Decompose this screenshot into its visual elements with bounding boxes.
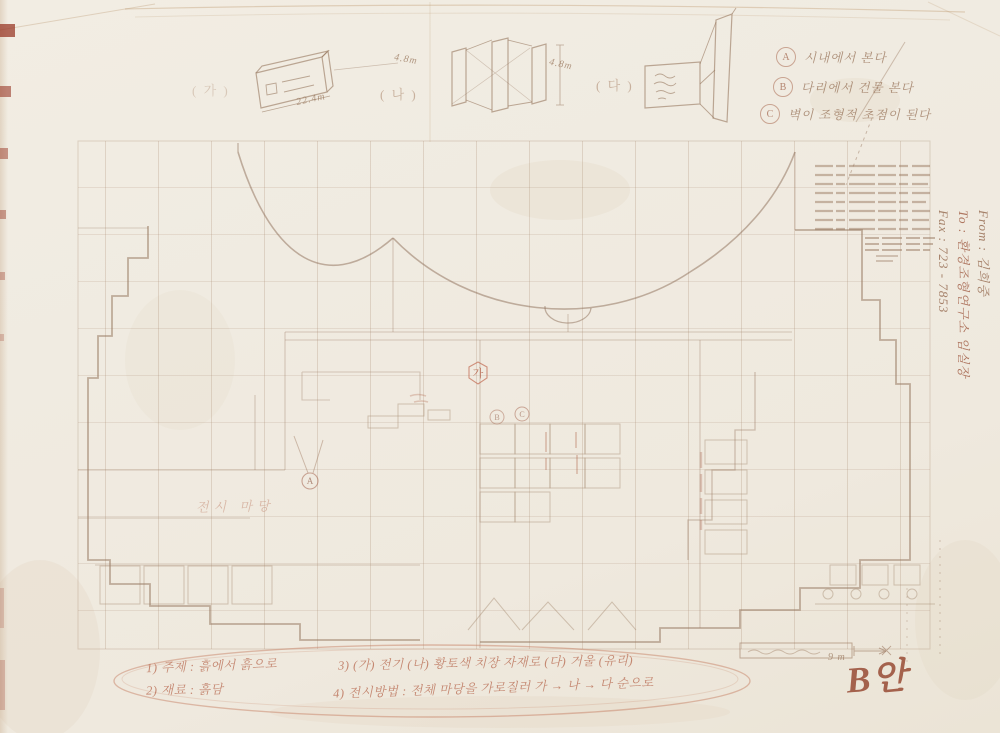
yard-label: 전시 마당 [196, 495, 275, 515]
legend-text-a: 시내에서 본다 [804, 48, 887, 66]
detail-sketch-fins [452, 38, 564, 112]
marker-a: A [307, 476, 314, 486]
legend-key-b-circle: B [773, 77, 793, 97]
scanned-sketch-page: A B C 가 ( 가 ) ( 나 ) ( 다 ) 22.4m 4.8m 4.8… [0, 0, 1000, 733]
marker-c: C [519, 410, 524, 419]
detail-label-na: ( 나 ) [380, 84, 418, 103]
detail-label-da: ( 다 ) [596, 75, 634, 94]
fax-number-line: Fax : 723 - 7853 [933, 210, 953, 474]
legend-item-c: C 벽이 조형적 초점이 된다 [760, 104, 931, 124]
detail-label-ga: ( 가 ) [192, 80, 230, 99]
legend-key-c-circle: C [760, 104, 780, 124]
legend-text-b: 다리에서 건물 본다 [801, 78, 914, 96]
detail-sketch-slab [256, 51, 398, 112]
plan-grid [78, 141, 930, 649]
legend-key-a-circle: A [776, 47, 796, 67]
legend-item-a: A 시내에서 본다 [776, 47, 887, 67]
area-ga-label: 가 [473, 366, 484, 380]
note-line-2: 2) 재료 : 흙담 [146, 679, 224, 698]
legend-text-c: 벽이 조형적 초점이 된다 [788, 105, 931, 123]
detail-sketch-wall [645, 8, 736, 122]
fax-note: From : 김희중 To : 환경조형연구소 임실장 Fax : 723 - … [933, 210, 993, 474]
legend-item-b: B 다리에서 건물 본다 [773, 77, 914, 97]
fax-to-line: To : 환경조형연구소 임실장 [953, 210, 973, 474]
scheme-label: B안 [844, 647, 911, 703]
fax-from-line: From : 김희중 [973, 210, 993, 474]
marker-b: B [494, 413, 499, 422]
